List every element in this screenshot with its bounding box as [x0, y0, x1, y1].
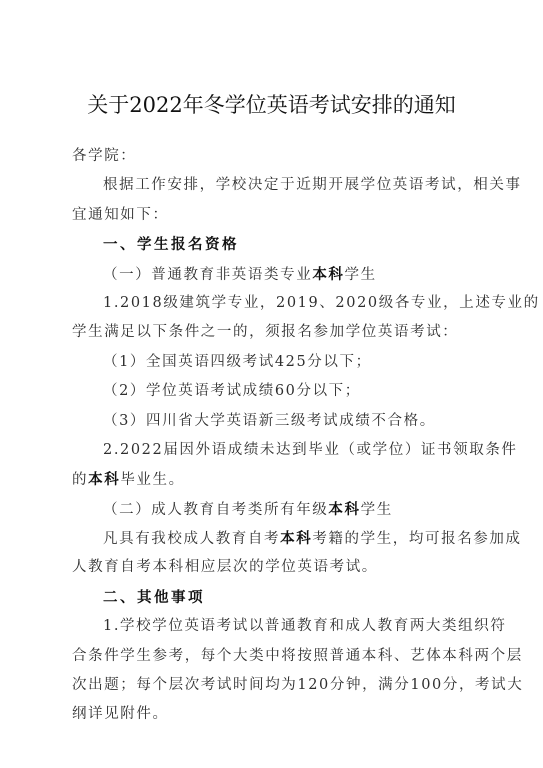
- condition-1: （1）全国英语四级考试425分以下；: [72, 348, 482, 377]
- subsection-2-line-1-post: 考籍的学生，均可报名参加成: [312, 531, 521, 547]
- item-2-line-2: 的本科毕业生。: [72, 465, 482, 494]
- item-1-line-2: 学生满足以下条件之一的，须报名参加学位英语考试：: [72, 318, 482, 347]
- item-2-line-2-bold: 本科: [88, 471, 120, 488]
- subsection-2-text-pre: （二）成人教育自考类所有年级: [103, 502, 328, 518]
- document-title: 关于2022年冬学位英语考试安排的通知: [0, 89, 543, 119]
- subsection-1-text-post: 学生: [345, 267, 377, 283]
- subsection-2-line-1: 凡具有我校成人教育自考本科考籍的学生，均可报名参加成: [72, 524, 482, 553]
- condition-2: （2）学位英语考试成绩60分以下；: [72, 377, 482, 406]
- section-2-heading: 二、其他事项: [72, 583, 482, 612]
- document-page: 关于2022年冬学位英语考试安排的通知 各学院： 根据工作安排，学校决定于近期开…: [0, 0, 543, 768]
- condition-3: （3）四川省大学英语新三级考试成绩不合格。: [72, 407, 482, 436]
- subsection-2-line-2: 人教育自考本科相应层次的学位英语考试。: [72, 553, 482, 582]
- intro-line-2: 宜通知如下：: [72, 201, 482, 230]
- subsection-2-text-post: 学生: [361, 502, 393, 518]
- section-2-item-1-line-3: 次出题；每个层次考试时间均为120分钟，满分100分，考试大: [72, 671, 482, 700]
- salutation: 各学院：: [72, 142, 482, 171]
- subsection-2-text-bold: 本科: [328, 501, 360, 518]
- section-2-item-1-line-4: 纲详见附件。: [72, 700, 482, 729]
- item-2-line-1: 2.2022届因外语成绩未达到毕业（或学位）证书领取条件: [72, 436, 482, 465]
- section-2-item-1-line-2: 合条件学生参考，每个大类中将按照普通本科、艺体本科两个层: [72, 642, 482, 671]
- intro-line-1: 根据工作安排，学校决定于近期开展学位英语考试，相关事: [72, 171, 482, 200]
- section-2-item-1-line-1: 1.学校学位英语考试以普通教育和成人教育两大类组织符: [72, 612, 482, 641]
- subsection-2-line-1-pre: 凡具有我校成人教育自考: [103, 531, 280, 547]
- item-2-line-2-post: 毕业生。: [120, 472, 184, 488]
- item-2-line-2-pre: 的: [72, 472, 88, 488]
- subsection-2-line-1-bold: 本科: [280, 530, 312, 547]
- item-1-line-1: 1.2018级建筑学专业，2019、2020级各专业，上述专业的: [72, 289, 482, 318]
- section-1-heading: 一、学生报名资格: [72, 230, 482, 259]
- subsection-1-heading: （一）普通教育非英语类专业本科学生: [72, 260, 482, 289]
- subsection-2-heading: （二）成人教育自考类所有年级本科学生: [72, 495, 482, 524]
- subsection-1-text-bold: 本科: [312, 266, 344, 283]
- document-body: 各学院： 根据工作安排，学校决定于近期开展学位英语考试，相关事 宜通知如下： 一…: [72, 142, 482, 730]
- subsection-1-text-pre: （一）普通教育非英语类专业: [103, 267, 312, 283]
